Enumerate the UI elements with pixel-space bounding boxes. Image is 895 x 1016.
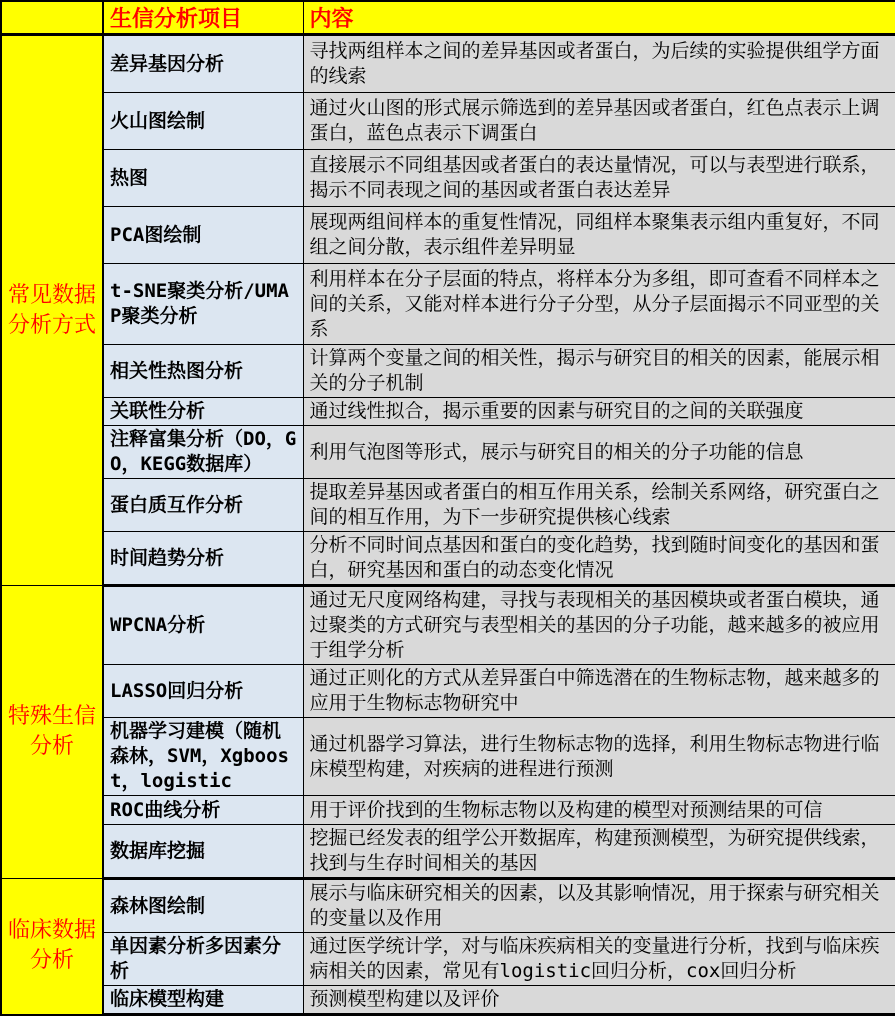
analysis-content-cell: 预测模型构建以及评价 [303,986,895,1015]
analysis-content-cell: 通过无尺度网络构建，寻找与表现相关的基因模块或者蛋白模块，通过聚类的方式研究与表… [303,586,895,665]
analysis-item-cell: 森林图绘制 [103,879,303,933]
analysis-item-cell: 差异基因分析 [103,35,303,93]
bioinformatics-analysis-table: 生信分析项目 内容 常见数据分析方式差异基因分析 寻找两组样本之间的差异基因或者… [0,0,895,1016]
table-row: 相关性热图分析 计算两个变量之间的相关性，揭示与研究目的相关的因素，能展示相关的… [1,345,895,398]
analysis-content-cell: 通过火山图的形式展示筛选到的差异基因或者蛋白，红色点表示上调蛋白，蓝色点表示下调… [303,93,895,150]
analysis-item-cell: 火山图绘制 [103,93,303,150]
analysis-content-cell: 展现两组间样本的重复性情况，同组样本聚集表示组内重复好，不同组之间分散，表示组件… [303,207,895,264]
analysis-item-cell: 热图 [103,150,303,207]
analysis-item-cell: ROC曲线分析 [103,796,303,825]
header-corner-cell [1,1,103,35]
analysis-content-cell: 利用样本在分子层面的特点，将样本分为多组，即可查看不同样本之间的关系，又能对样本… [303,264,895,345]
analysis-content-cell: 用于评价找到的生物标志物以及构建的模型对预测结果的可信 [303,796,895,825]
analysis-item-cell: 数据库挖掘 [103,825,303,879]
analysis-content-cell: 寻找两组样本之间的差异基因或者蛋白，为后续的实验提供组学方面的线索 [303,35,895,93]
table-row: 时间趋势分析 分析不同时间点基因和蛋白的变化趋势，找到随时间变化的基因和蛋白，研… [1,532,895,586]
analysis-item-cell: 机器学习建模（随机森林，SVM，Xgboost，logistic [103,718,303,796]
analysis-item-cell: 注释富集分析（DO，GO，KEGG数据库） [103,426,303,479]
analysis-content-cell: 通过正则化的方式从差异蛋白中筛选潜在的生物标志物，越来越多的应用于生物标志物研究… [303,665,895,718]
analysis-content-cell: 挖掘已经发表的组学公开数据库，构建预测模型，为研究提供线索，找到与生存时间相关的… [303,825,895,879]
analysis-item-cell: 蛋白质互作分析 [103,479,303,532]
table-row: 常见数据分析方式差异基因分析 寻找两组样本之间的差异基因或者蛋白，为后续的实验提… [1,35,895,93]
table-row: 临床数据分析森林图绘制 展示与临床研究相关的因素，以及其影响情况，用于探索与研究… [1,879,895,933]
row-group-label: 特殊生信分析 [1,586,103,879]
table-row: 热图 直接展示不同组基因或者蛋白的表达量情况，可以与表型进行联系，揭示不同表现之… [1,150,895,207]
row-group-label: 常见数据分析方式 [1,35,103,586]
analysis-content-cell: 计算两个变量之间的相关性，揭示与研究目的相关的因素，能展示相关的分子机制 [303,345,895,398]
header-content-column: 内容 [303,1,895,35]
table-row: 单因素分析多因素分析 通过医学统计学，对与临床疾病相关的变量进行分析，找到与临床… [1,933,895,986]
analysis-content-cell: 通过机器学习算法，进行生物标志物的选择，利用生物标志物进行临床模型构建，对疾病的… [303,718,895,796]
analysis-content-cell: 通过医学统计学，对与临床疾病相关的变量进行分析，找到与临床疾病相关的因素，常见有… [303,933,895,986]
analysis-item-cell: 时间趋势分析 [103,532,303,586]
analysis-item-cell: WPCNA分析 [103,586,303,665]
row-group-label: 临床数据分析 [1,879,103,1015]
table-row: 数据库挖掘 挖掘已经发表的组学公开数据库，构建预测模型，为研究提供线索，找到与生… [1,825,895,879]
analysis-content-cell: 直接展示不同组基因或者蛋白的表达量情况，可以与表型进行联系，揭示不同表现之间的基… [303,150,895,207]
analysis-content-cell: 展示与临床研究相关的因素，以及其影响情况，用于探索与研究相关的变量以及作用 [303,879,895,933]
table-row: 机器学习建模（随机森林，SVM，Xgboost，logistic 通过机器学习算… [1,718,895,796]
table-row: LASSO回归分析 通过正则化的方式从差异蛋白中筛选潜在的生物标志物，越来越多的… [1,665,895,718]
table-row: 注释富集分析（DO，GO，KEGG数据库） 利用气泡图等形式，展示与研究目的相关… [1,426,895,479]
table-header-row: 生信分析项目 内容 [1,1,895,35]
analysis-item-cell: 临床模型构建 [103,986,303,1015]
analysis-content-cell: 利用气泡图等形式，展示与研究目的相关的分子功能的信息 [303,426,895,479]
header-item-column: 生信分析项目 [103,1,303,35]
analysis-item-cell: 相关性热图分析 [103,345,303,398]
analysis-item-cell: 单因素分析多因素分析 [103,933,303,986]
table-row: 临床模型构建 预测模型构建以及评价 [1,986,895,1015]
analysis-content-cell: 通过线性拟合，揭示重要的因素与研究目的之间的关联强度 [303,398,895,426]
bioinformatics-analysis-table-page: 生信分析项目 内容 常见数据分析方式差异基因分析 寻找两组样本之间的差异基因或者… [0,0,895,1016]
table-row: 蛋白质互作分析 提取差异基因或者蛋白的相互作用关系，绘制关系网络，研究蛋白之间的… [1,479,895,532]
analysis-item-cell: t-SNE聚类分析/UMAP聚类分析 [103,264,303,345]
table-row: 特殊生信分析WPCNA分析 通过无尺度网络构建，寻找与表现相关的基因模块或者蛋白… [1,586,895,665]
analysis-item-cell: LASSO回归分析 [103,665,303,718]
table-row: 火山图绘制 通过火山图的形式展示筛选到的差异基因或者蛋白，红色点表示上调蛋白，蓝… [1,93,895,150]
analysis-content-cell: 提取差异基因或者蛋白的相互作用关系，绘制关系网络，研究蛋白之间的相互作用，为下一… [303,479,895,532]
analysis-content-cell: 分析不同时间点基因和蛋白的变化趋势，找到随时间变化的基因和蛋白，研究基因和蛋白的… [303,532,895,586]
table-row: t-SNE聚类分析/UMAP聚类分析 利用样本在分子层面的特点，将样本分为多组，… [1,264,895,345]
table-row: 关联性分析 通过线性拟合，揭示重要的因素与研究目的之间的关联强度 [1,398,895,426]
table-row: PCA图绘制 展现两组间样本的重复性情况，同组样本聚集表示组内重复好，不同组之间… [1,207,895,264]
analysis-item-cell: 关联性分析 [103,398,303,426]
analysis-item-cell: PCA图绘制 [103,207,303,264]
table-row: ROC曲线分析 用于评价找到的生物标志物以及构建的模型对预测结果的可信 [1,796,895,825]
